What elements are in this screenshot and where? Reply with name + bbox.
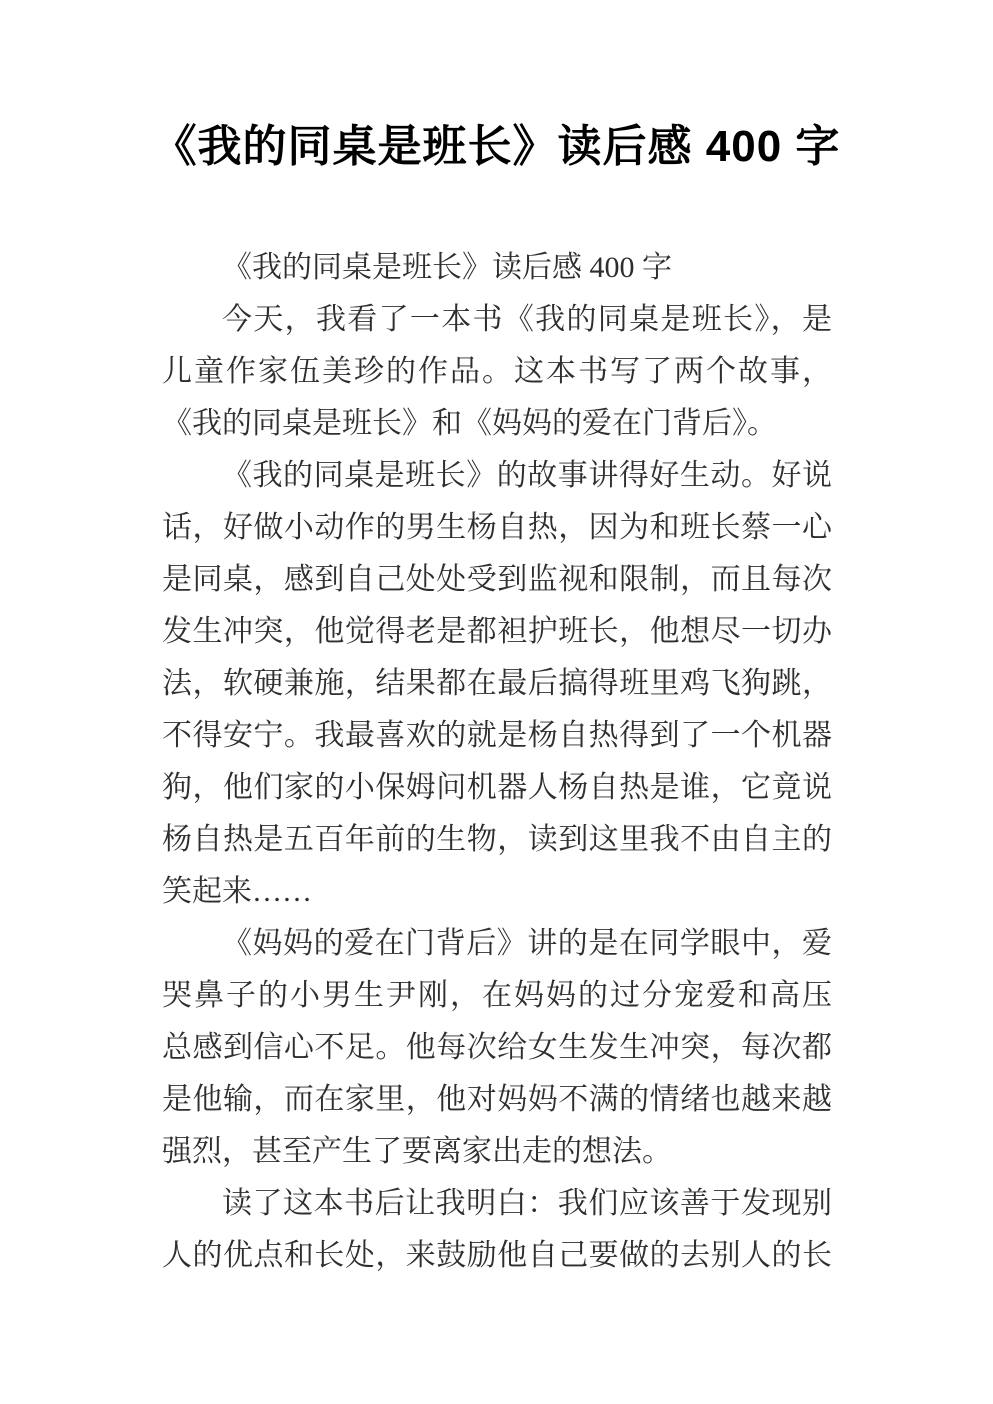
text-line: 总感到信心不足。他每次给女生发生冲突，每次都 [162,1022,832,1074]
text-line: 杨自热是五百年前的生物，读到这里我不由自主的 [162,814,832,866]
text-line: 人的优点和长处，来鼓励他自己要做的去别人的长 [162,1230,832,1282]
document-body: 《我的同桌是班长》读后感 400 字今天，我看了一本书《我的同桌是班长》，是儿童… [162,242,832,1282]
paragraph: 今天，我看了一本书《我的同桌是班长》，是儿童作家伍美珍的作品。这本书写了两个故事… [162,294,832,450]
text-line: 笑起来…… [162,866,832,918]
document-title: 《我的同桌是班长》读后感 400 字 [0,0,993,174]
text-line: 《妈妈的爱在门背后》讲的是在同学眼中，爱 [162,918,832,970]
text-line: 发生冲突，他觉得老是都袒护班长，他想尽一切办 [162,606,832,658]
paragraph: 《我的同桌是班长》的故事讲得好生动。好说话，好做小动作的男生杨自热，因为和班长蔡… [162,450,832,918]
text-line: 哭鼻子的小男生尹刚，在妈妈的过分宠爱和高压下， [162,970,832,1022]
text-line: 《我的同桌是班长》的故事讲得好生动。好说 [162,450,832,502]
text-line: 是同桌，感到自己处处受到监视和限制，而且每次 [162,554,832,606]
text-line: 今天，我看了一本书《我的同桌是班长》，是 [162,294,832,346]
text-line: 强烈，甚至产生了要离家出走的想法。 [162,1126,832,1178]
text-line: 儿童作家伍美珍的作品。这本书写了两个故事， [162,346,832,398]
paragraph: 读了这本书后让我明白：我们应该善于发现别人的优点和长处，来鼓励他自己要做的去别人… [162,1178,832,1282]
text-line: 话，好做小动作的男生杨自热，因为和班长蔡一心 [162,502,832,554]
text-line: 《我的同桌是班长》读后感 400 字 [162,242,832,294]
text-line: 是他输，而在家里，他对妈妈不满的情绪也越来越 [162,1074,832,1126]
text-line: 狗，他们家的小保姆问机器人杨自热是谁，它竟说 [162,762,832,814]
text-line: 法，软硬兼施，结果都在最后搞得班里鸡飞狗跳， [162,658,832,710]
text-line: 《我的同桌是班长》和《妈妈的爱在门背后》。 [162,398,832,450]
paragraph: 《我的同桌是班长》读后感 400 字 [162,242,832,294]
paragraph: 《妈妈的爱在门背后》讲的是在同学眼中，爱哭鼻子的小男生尹刚，在妈妈的过分宠爱和高… [162,918,832,1178]
text-line: 读了这本书后让我明白：我们应该善于发现别 [162,1178,832,1230]
text-line: 不得安宁。我最喜欢的就是杨自热得到了一个机器 [162,710,832,762]
document-page: 《我的同桌是班长》读后感 400 字 《我的同桌是班长》读后感 400 字今天，… [0,0,993,1404]
